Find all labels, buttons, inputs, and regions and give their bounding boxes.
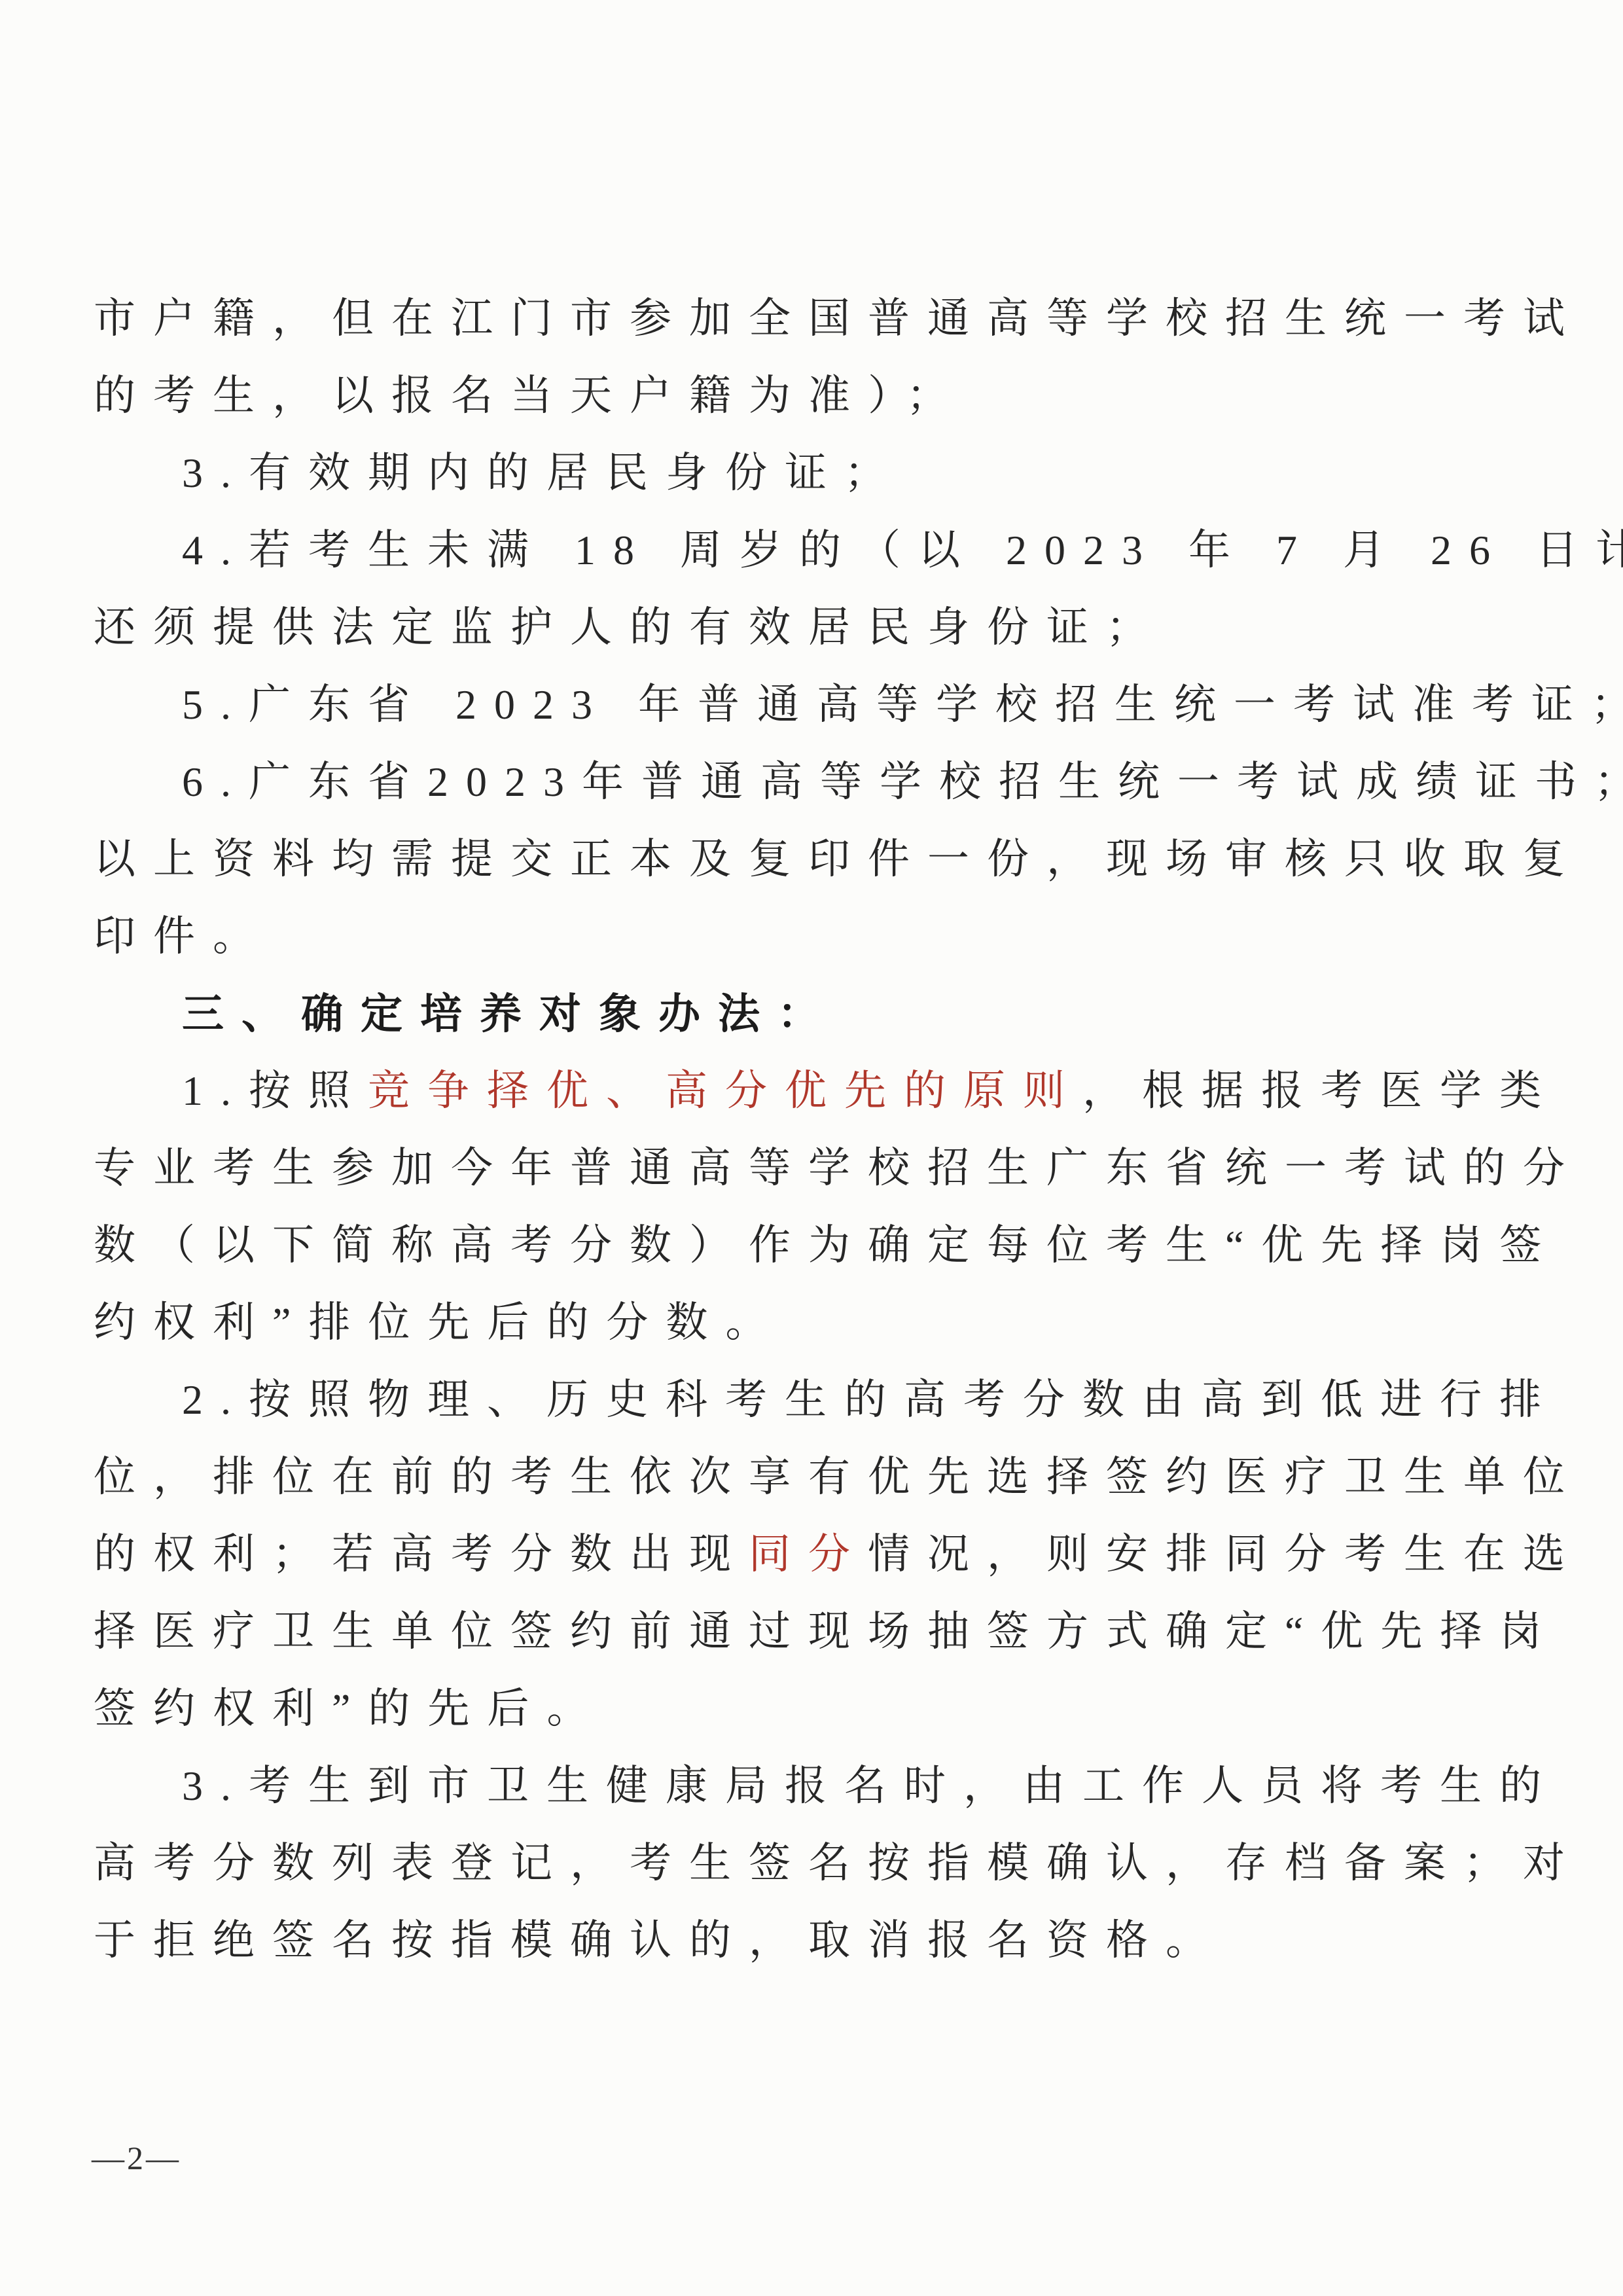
text-line: 市户籍，但在江门市参加全国普通高等学校招生统一考试 <box>94 280 1540 357</box>
red-highlight-text: 同分 <box>749 1531 868 1577</box>
text-line: 约权利”排位先后的分数。 <box>94 1284 1540 1361</box>
text-line: 4.若考生未满 18 周岁的（以 2023 年 7 月 26 日计算）， <box>94 512 1540 589</box>
text-segment: 1.按照 <box>182 1067 368 1114</box>
text-line: 于拒绝签名按指模确认的，取消报名资格。 <box>94 1902 1540 1979</box>
text-line: 的权利；若高考分数出现同分情况，则安排同分考生在选 <box>94 1516 1540 1593</box>
text-segment: 的权利；若高考分数出现 <box>94 1531 749 1577</box>
text-segment: 情况，则安排同分考生在选 <box>868 1531 1582 1577</box>
text-line: 以上资料均需提交正本及复印件一份，现场审核只收取复 <box>94 821 1540 898</box>
text-line: 位，排位在前的考生依次享有优先选择签约医疗卫生单位 <box>94 1439 1540 1516</box>
document-body: 市户籍，但在江门市参加全国普通高等学校招生统一考试 的考生，以报名当天户籍为准）… <box>94 280 1540 1979</box>
text-line: 印件。 <box>94 898 1540 975</box>
text-line: 择医疗卫生单位签约前通过现场抽签方式确定“优先择岗 <box>94 1593 1540 1670</box>
text-line: 的考生，以报名当天户籍为准）； <box>94 357 1540 435</box>
red-highlight-text: 竞争择优、高分优先的原则 <box>368 1067 1082 1114</box>
text-line: 5.广东省 2023 年普通高等学校招生统一考试准考证； <box>94 666 1540 744</box>
text-line: 2.按照物理、历史科考生的高考分数由高到低进行排 <box>94 1361 1540 1439</box>
text-line: 还须提供法定监护人的有效居民身份证； <box>94 589 1540 666</box>
page-number: —2— <box>92 2139 181 2177</box>
text-line: 3.考生到市卫生健康局报名时，由工作人员将考生的 <box>94 1748 1540 1825</box>
text-segment: ，根据报考医学类 <box>1082 1067 1559 1114</box>
text-line: 6.广东省2023年普通高等学校招生统一考试成绩证书； <box>94 744 1540 821</box>
document-page: 市户籍，但在江门市参加全国普通高等学校招生统一考试 的考生，以报名当天户籍为准）… <box>0 0 1623 2296</box>
section-heading: 三、确定培养对象办法： <box>94 975 1540 1052</box>
text-line: 数（以下简称高考分数）作为确定每位考生“优先择岗签 <box>94 1207 1540 1284</box>
text-line: 签约权利”的先后。 <box>94 1670 1540 1748</box>
text-line: 1.按照竞争择优、高分优先的原则，根据报考医学类 <box>94 1052 1540 1130</box>
text-line: 高考分数列表登记，考生签名按指模确认，存档备案；对 <box>94 1825 1540 1902</box>
text-line: 专业考生参加今年普通高等学校招生广东省统一考试的分 <box>94 1130 1540 1207</box>
text-line: 3.有效期内的居民身份证； <box>94 435 1540 512</box>
